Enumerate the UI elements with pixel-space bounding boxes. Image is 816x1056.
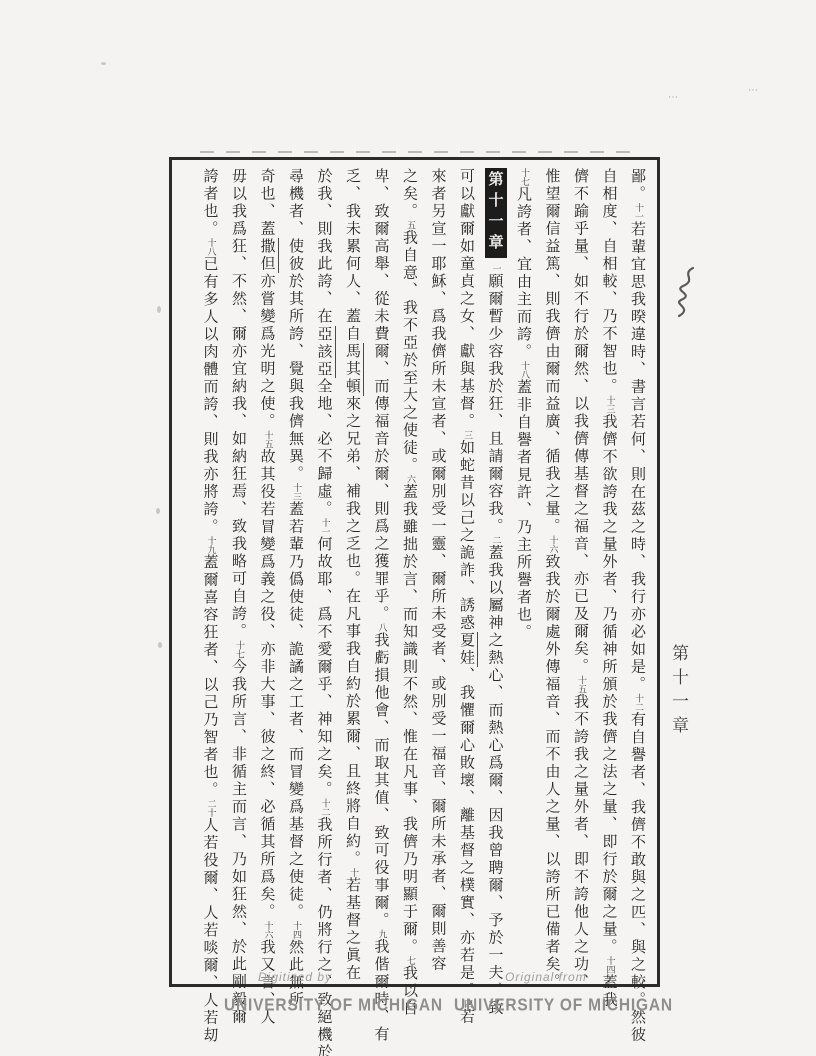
text-column: 奇也、蓋撒但亦嘗變爲光明之使。十五故其役若冒變爲義之役、亦非大事、彼之終、必循其… (257, 168, 278, 976)
scanned-book-page: { "document": { "type": "scanned classic… (0, 0, 816, 1056)
text-column: 乏、我未累何人、蓋自馬其頓來之兄弟、補我之乏也。在凡事我自約於累爾、且終將自約。… (342, 168, 363, 976)
text-column: 十七凡誇者、宜由主而誇。十八蓋非自譽者見許、乃主所譽者也。 (513, 168, 534, 976)
scripture-text: 致我於爾處外傳福音、而不由人之量、以誇所已備者矣。 (544, 554, 562, 992)
verse-number: 十八 (206, 238, 216, 256)
scripture-text: 於我、則我此誇、在 (316, 168, 334, 326)
scripture-text: 尋機者、使彼於其所誇、覺與我儕無異。 (287, 168, 305, 483)
text-column: 尋機者、使彼於其所誇、覺與我儕無異。十三蓋若輩乃僞使徒、詭譎之工者、而冒變爲基督… (285, 168, 306, 976)
scripture-text: 我儕不欲誇我之量外者、乃循神所頒於我儕之法之量、即行於爾之量。 (601, 414, 619, 957)
verse-number: 十七 (519, 168, 529, 186)
text-column: 可以獻爾如童貞之女、獻與基督。三如蛇昔以己之詭詐、誘惑夏娃、我懼爾心敗壞、離基督… (456, 168, 477, 976)
scripture-text: 蓋若輩乃僞使徒、詭譎之工者、而冒變爲基督之使徒。 (287, 501, 305, 921)
scan-speck (156, 508, 160, 514)
scan-speck (157, 306, 161, 313)
scan-artifact-line (200, 151, 630, 153)
scripture-text: 來之兄弟、補我之乏也。在凡事我自約於累爾、且終將自約。 (344, 396, 362, 869)
scripture-text: 卑、致爾高舉、從未費爾、而傳福音於爾、則爲之獲罪乎。 (373, 168, 391, 623)
verse-number: 二 (491, 536, 501, 545)
text-column: 自相度、自相較、乃不智也。十三我儕不欲誇我之量外者、乃循神所頒於我儕之法之量、即… (599, 168, 620, 976)
watermark-university-left: UNIVERSITY OF MICHIGAN (224, 996, 443, 1016)
handwritten-mark (671, 266, 701, 318)
text-column: 誇者也。十八已有多人以肉體而誇、則我亦將誇。十九蓋爾喜容狂者、以己乃智者也。二十… (200, 168, 221, 976)
scripture-text: 、我懼爾心敗壞、離基督之樸實、亦若是。 (458, 667, 476, 1000)
text-column: 毋以我爲狂、不然、爾亦宜納我、如納狂焉、致我略可自誇。十七今我所言、非循主而言、… (228, 168, 249, 976)
scripture-text: 若基督之眞在 (344, 877, 362, 982)
verse-number: 十二 (320, 799, 330, 817)
text-column: 於我、則我此誇、在亞該亞全地、必不歸虛。十一何故耶、爲不愛爾乎、神知之矣。十二我… (314, 168, 335, 976)
verse-number: 五 (405, 221, 415, 230)
scripture-text: 若輩宜思我暌違時、書言若何、則在茲之時、我行亦必如是。 (629, 221, 647, 694)
verse-number: 十三 (605, 396, 615, 414)
watermark-digitized-by: Digitized by (258, 970, 332, 984)
proper-noun: 亞該亞 (316, 326, 336, 379)
verse-number: 十一 (320, 518, 330, 536)
scripture-text: 毋以我爲狂、不然、爾亦宜納我、如納狂焉、致我略可自誇。 (230, 168, 248, 641)
scripture-text: 奇也、蓋 (259, 168, 277, 238)
scripture-text: 故其役若冒變爲義之役、亦非大事、彼之終、必循其所爲矣。 (259, 449, 277, 922)
text-column: 來者另宣一耶穌、爲我儕所未宣者、或爾別受一靈、爾所未受者、或別受一福音、爾所未承… (428, 168, 449, 976)
verse-number: 二十 (206, 799, 216, 817)
text-column: 惟望爾信益篤、則我儕由爾而益廣、循我之量。十六致我於爾處外傳福音、而不由人之量、… (542, 168, 563, 976)
scan-speck (101, 62, 106, 65)
scripture-text: 我不誇我之量外者、即不誇他人之功、 (572, 694, 590, 992)
scripture-text: 蓋爾喜容狂者、以己乃智者也。 (202, 554, 220, 799)
verse-number: 六 (405, 475, 415, 484)
verse-number: 十八 (519, 361, 529, 379)
scripture-text: 人若役爾、人若啖爾、人若刧 (202, 817, 220, 1045)
scripture-text: 乏、我未累何人、蓋自 (344, 168, 362, 343)
verse-number: 十三 (291, 483, 301, 501)
verse-number: 十九 (206, 536, 216, 554)
scripture-text: 之矣。 (401, 168, 419, 221)
chapter-heading-block: 第十一章 (485, 168, 507, 258)
scripture-text: 來者另宣一耶穌、爲我儕所未宣者、或爾別受一靈、爾所未受者、或別受一福音、爾所未承… (430, 168, 448, 973)
scripture-text: 我虧損他會、而取其值、致可役事爾。 (373, 632, 391, 930)
scripture-text: 惟望爾信益篤、則我儕由爾而益廣、循我之量。 (544, 168, 562, 536)
scripture-text: 蓋非自譽者見許、乃主所譽者也。 (515, 379, 533, 642)
verse-number: 十一 (633, 203, 643, 221)
scripture-text: 何故耶、爲不愛爾乎、神知之矣。 (316, 536, 334, 799)
watermark-original-from: Original from (505, 970, 587, 984)
verse-number: 十 (348, 868, 358, 877)
verse-number: 十二 (633, 694, 643, 712)
text-column: 鄙。十一若輩宜思我暌違時、書言若何、則在茲之時、我行亦必如是。十二有自譽者、我儕… (627, 168, 648, 976)
scripture-text: 願爾暫少容我於狂、且請爾容我。 (487, 273, 505, 536)
scan-speck: ⋯ (668, 92, 680, 103)
scripture-text: 我所行者、仍將行之、致絕機於 (316, 817, 334, 1056)
verse-number: 十七 (234, 641, 244, 659)
text-column: 之矣。五我自意、我不亞於至大之使徒。六蓋我雖拙於言、而知識則不然、惟在凡事、我儕… (399, 168, 420, 976)
verse-number: 九 (377, 930, 387, 939)
verse-number: 一 (491, 264, 501, 273)
proper-noun: 馬其頓 (344, 343, 364, 396)
verse-number: 十四 (605, 956, 615, 974)
scan-speck (158, 642, 162, 648)
verse-number: 十五 (263, 431, 273, 449)
scripture-text: 我偕爾時、有 (373, 939, 391, 1044)
scripture-text: 誇者也。 (202, 168, 220, 238)
verse-number: 十六 (548, 536, 558, 554)
scripture-text: 自相度、自相較、乃不智也。 (601, 168, 619, 396)
text-column: 卑、致爾高舉、從未費爾、而傳福音於爾、則爲之獲罪乎。八我虧損他會、而取其值、致可… (371, 168, 392, 976)
scripture-text: 蓋我雖拙於言、而知識則不然、惟在凡事、我儕乃明顯于爾。 (401, 484, 419, 957)
scripture-text: 我自意、我不亞於至大之使徒。 (401, 230, 419, 475)
scripture-text: 如蛇昔以己之詭詐、誘惑 (458, 440, 476, 633)
verse-number: 十四 (291, 921, 301, 939)
margin-chapter-label: 第十一章 (666, 644, 691, 740)
text-column: 儕不踰乎量、如不行於爾然、以我儕傳基督之福音、亦已及爾矣。十五我不誇我之量外者、… (570, 168, 591, 976)
watermark-university-right: UNIVERSITY OF MICHIGAN (454, 996, 673, 1016)
verse-number: 三 (462, 431, 472, 440)
proper-noun: 夏娃 (458, 632, 478, 667)
verse-number: 七 (405, 956, 415, 965)
scripture-text: 全地、必不歸虛。 (316, 378, 334, 518)
scripture-text: 鄙。 (629, 168, 647, 203)
scripture-text: 凡誇者、宜由主而誇。 (515, 186, 533, 361)
scripture-text: 儕不踰乎量、如不行於爾然、以我儕傳基督之福音、亦已及爾矣。 (572, 168, 590, 676)
text-frame: 鄙。十一若輩宜思我暌違時、書言若何、則在茲之時、我行亦必如是。十二有自譽者、我儕… (169, 157, 660, 987)
scripture-text: 亦嘗變爲光明之使。 (259, 273, 277, 431)
scripture-text: 今我所言、非循主而言、乃如狂然、於此剛毅爾 (230, 659, 248, 1027)
scripture-text: 已有多人以肉體而誇、則我亦將誇。 (202, 256, 220, 536)
verse-number: 八 (377, 623, 387, 632)
scripture-text: 蓋我以屬神之熱心、而熱心爲爾、因我曾聘爾、予於一夫、致 (487, 545, 505, 1018)
scripture-text: 有自譽者、我儕不敢與之匹、與之較。然彼 (629, 712, 647, 1045)
scan-speck: ⋯ (748, 85, 760, 96)
verse-number: 十五 (576, 676, 586, 694)
proper-noun: 撒但 (259, 238, 279, 273)
scripture-text: 可以獻爾如童貞之女、獻與基督。 (458, 168, 476, 431)
text-column: 第十一章一願爾暫少容我於狂、且請爾容我。二蓋我以屬神之熱心、而熱心爲爾、因我曾聘… (485, 168, 506, 976)
text-columns: 鄙。十一若輩宜思我暌違時、書言若何、則在茲之時、我行亦必如是。十二有自譽者、我儕… (178, 168, 648, 976)
verse-number: 十六 (263, 921, 273, 939)
